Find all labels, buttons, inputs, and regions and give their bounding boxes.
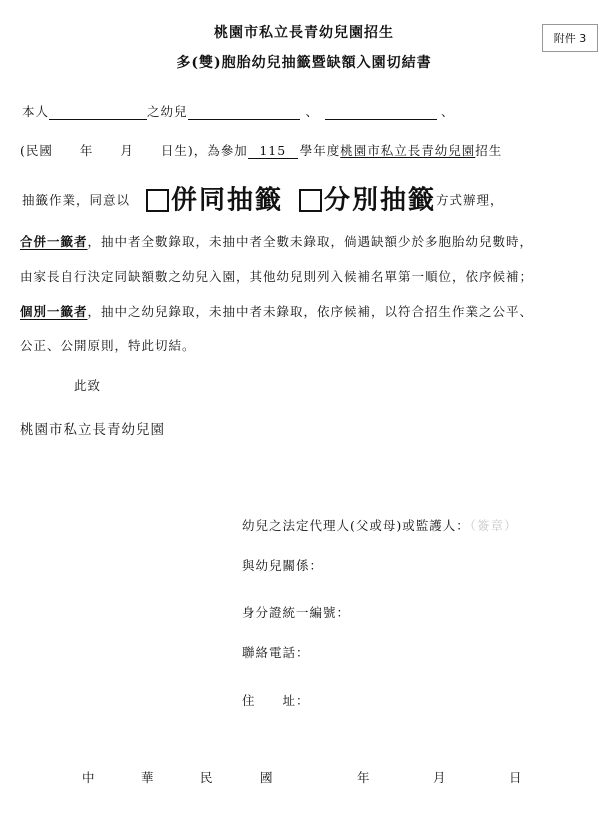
declarant-line: 本人之幼兒、、: [22, 102, 455, 120]
date-char: 民: [200, 768, 213, 786]
guardian-label: 幼兒之法定代理人(父或母)或監護人：: [242, 518, 470, 533]
lottery-suffix: 方式辦理，: [436, 193, 504, 208]
separator: 、: [441, 104, 455, 119]
birth-date-text: (民國 年 月 日生)，為參加: [20, 143, 248, 158]
date-char: 國: [260, 768, 273, 786]
separate-lottery-term: 個別一籤者: [20, 304, 88, 319]
joint-lottery-rule: 合併一籤者，抽中者全數錄取，未抽中者全數未錄取，倘遇缺額少於多胞胎幼兒數時，: [20, 232, 533, 250]
joint-lottery-term: 合併一籤者: [20, 234, 88, 249]
phone-field[interactable]: 聯絡電話：: [242, 643, 310, 661]
document-title-school: 桃園市私立長青幼兒園招生: [0, 22, 608, 42]
salutation: 此致: [74, 376, 101, 394]
separate-lottery-rule-cont: 公正、公開原則，特此切結。: [20, 336, 196, 354]
annex-label: 附件 3: [542, 24, 598, 52]
date-char: 華: [141, 768, 154, 786]
guardian-signature-line: 幼兒之法定代理人(父或母)或監護人：（簽章）: [242, 516, 518, 534]
lottery-option-line: 抽籤作業，同意以 併同抽籤 分別抽籤方式辦理，: [22, 180, 504, 220]
seal-hint[interactable]: （簽章）: [470, 518, 518, 533]
school-name: 桃園市私立長青幼兒園: [340, 143, 475, 158]
separate-lottery-label: 分別抽籤: [324, 186, 436, 216]
separate-lottery-checkbox[interactable]: [299, 189, 322, 212]
child-label: 之幼兒: [147, 104, 188, 119]
date-month-label: 月: [433, 768, 446, 786]
joint-lottery-checkbox[interactable]: [146, 189, 169, 212]
separate-lottery-rule: 個別一籤者，抽中之幼兒錄取，未抽中者未錄取，依序候補，以符合招生作業之公平、: [20, 302, 533, 320]
joint-lottery-text: ，抽中者全數錄取，未抽中者全數未錄取，倘遇缺額少於多胞胎幼兒數時，: [88, 234, 534, 249]
lottery-prefix: 抽籤作業，同意以: [22, 193, 130, 208]
relation-field[interactable]: 與幼兒關係：: [242, 556, 323, 574]
child-name-blank-2[interactable]: [325, 105, 437, 120]
academic-year-suffix: 學年度: [300, 143, 341, 158]
date-day-label: 日: [509, 768, 522, 786]
enrollment-suffix: 招生: [475, 143, 502, 158]
separator: 、: [306, 104, 320, 119]
child-name-blank-1[interactable]: [188, 105, 300, 120]
date-year-label: 年: [357, 768, 370, 786]
document-title-form: 多(雙)胞胎幼兒抽籤暨缺額入園切結書: [0, 52, 608, 72]
academic-year-field[interactable]: 115: [248, 143, 298, 159]
joint-lottery-label: 併同抽籤: [171, 186, 283, 216]
parent-name-blank[interactable]: [49, 105, 147, 120]
separate-lottery-text: ，抽中之幼兒錄取，未抽中者未錄取，依序候補，以符合招生作業之公平、: [88, 304, 534, 319]
birth-line: (民國 年 月 日生)，為參加115學年度桃園市私立長青幼兒園招生: [20, 141, 502, 159]
id-number-field[interactable]: 身分證統一編號：: [242, 603, 350, 621]
date-char: 中: [82, 768, 95, 786]
declarant-prefix: 本人: [22, 104, 49, 119]
recipient: 桃園市私立長青幼兒園: [20, 418, 165, 438]
joint-lottery-rule-cont: 由家長自行決定同缺額數之幼兒入園，其他幼兒則列入候補名單第一順位，依序候補；: [20, 267, 533, 285]
address-field[interactable]: 住 址：: [242, 691, 310, 709]
